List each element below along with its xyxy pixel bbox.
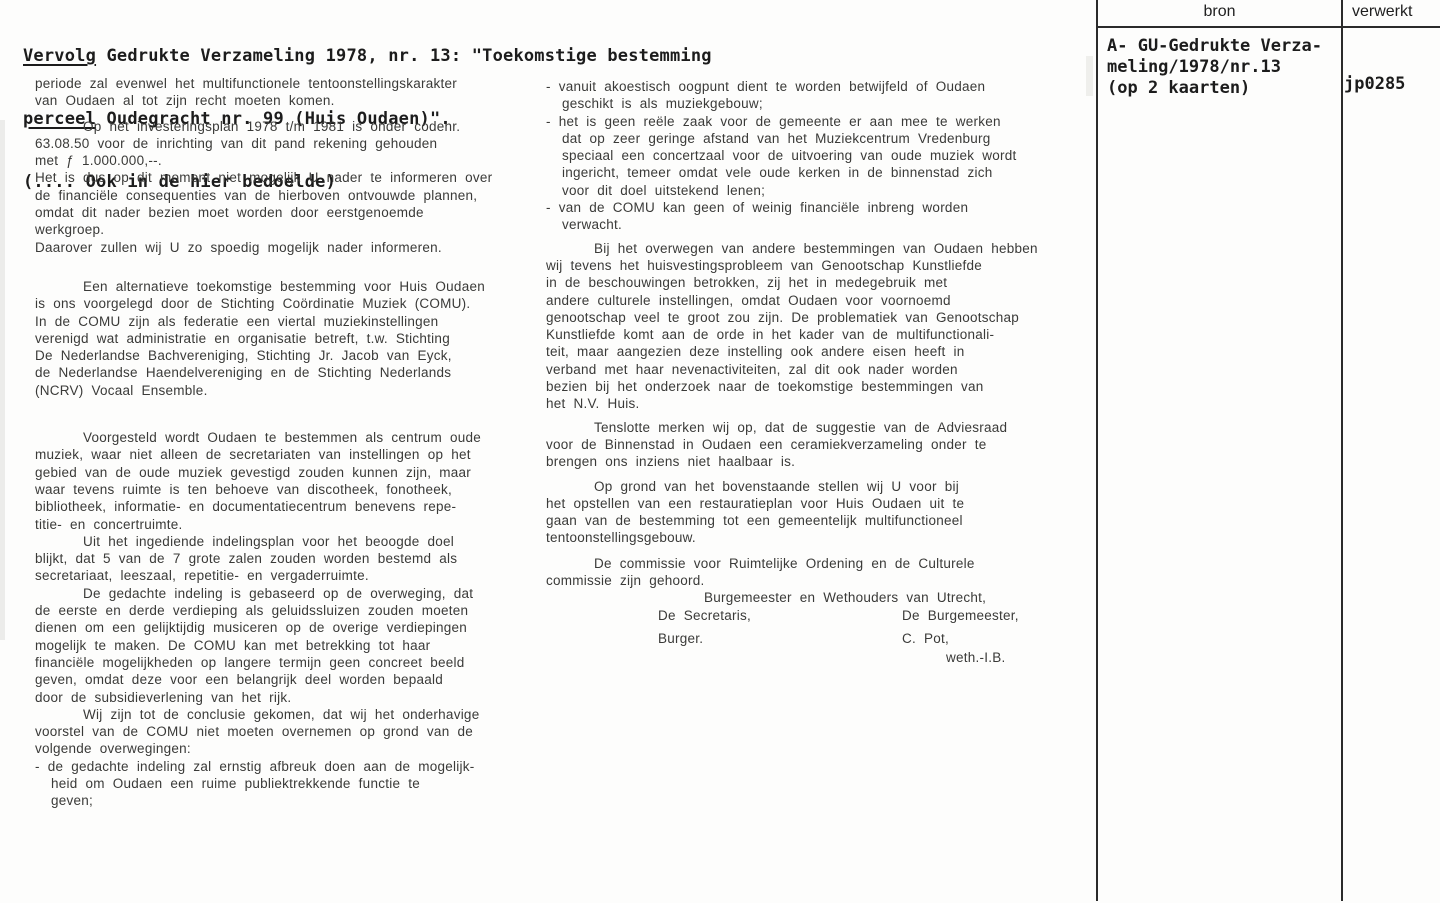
scanned-archive-card: Vervolg Gedrukte Verzameling 1978, nr. 1… (0, 0, 1440, 903)
paragraph: periode zal evenwel het multifunctionele… (35, 75, 549, 110)
table-vertical-rule-right (1341, 0, 1343, 901)
scan-artifact (0, 120, 5, 640)
paragraph: Een alternatieve toekomstige bestemming … (35, 278, 549, 399)
secretary-name: Burger. (658, 631, 703, 646)
verwerkt-cell-value: jp0285 (1344, 74, 1405, 95)
mayor-title: De Burgemeester, (902, 607, 1019, 624)
title-line-1: Vervolg Gedrukte Verzameling 1978, nr. 1… (23, 46, 712, 67)
table-header-rule (1096, 26, 1440, 28)
secretary-title: De Secretaris, (658, 608, 751, 623)
signature-titles-row: De Secretaris, De Burgemeester, (546, 607, 1060, 624)
paragraph: Tenslotte merken wij op, dat de suggesti… (546, 419, 1060, 471)
text-column-right: - vanuit akoestisch oogpunt dient te wor… (546, 78, 1060, 667)
paragraph: Voorgesteld wordt Oudaen te bestemmen al… (35, 429, 549, 810)
mayor-name: C. Pot, (902, 630, 949, 647)
title-line-1-rest: Gedrukte Verzameling 1978, nr. 13: "Toek… (96, 46, 712, 66)
signature-authority-line: Burgemeester en Wethouders van Utrecht, (546, 589, 1060, 606)
signature-block: Burgemeester en Wethouders van Utrecht, … (546, 589, 1060, 666)
paragraph: Bij het overwegen van andere bestemminge… (546, 240, 1060, 413)
title-line-1-underlined: Vervolg (23, 46, 96, 66)
bron-cell-value: A- GU-Gedrukte Verza- meling/1978/nr.13 … (1107, 36, 1337, 99)
paragraph: - vanuit akoestisch oogpunt dient te wor… (546, 78, 1060, 234)
table-vertical-rule-left (1096, 0, 1098, 901)
text-column-left: periode zal evenwel het multifunctionele… (35, 75, 549, 810)
paragraph: De commissie voor Ruimtelijke Ordening e… (546, 555, 1060, 590)
scan-artifact (1086, 56, 1093, 96)
signature-names-row: Burger. C. Pot, (546, 630, 1060, 647)
column-header-bron: bron (1098, 3, 1341, 21)
paragraph: Op het investeringsplan 1978 t/m 1981 is… (35, 118, 549, 256)
paragraph: Op grond van het bovenstaande stellen wi… (546, 478, 1060, 547)
mayor-function-abbrev: weth.-I.B. (546, 649, 1060, 666)
column-header-verwerkt: verwerkt (1352, 3, 1412, 21)
